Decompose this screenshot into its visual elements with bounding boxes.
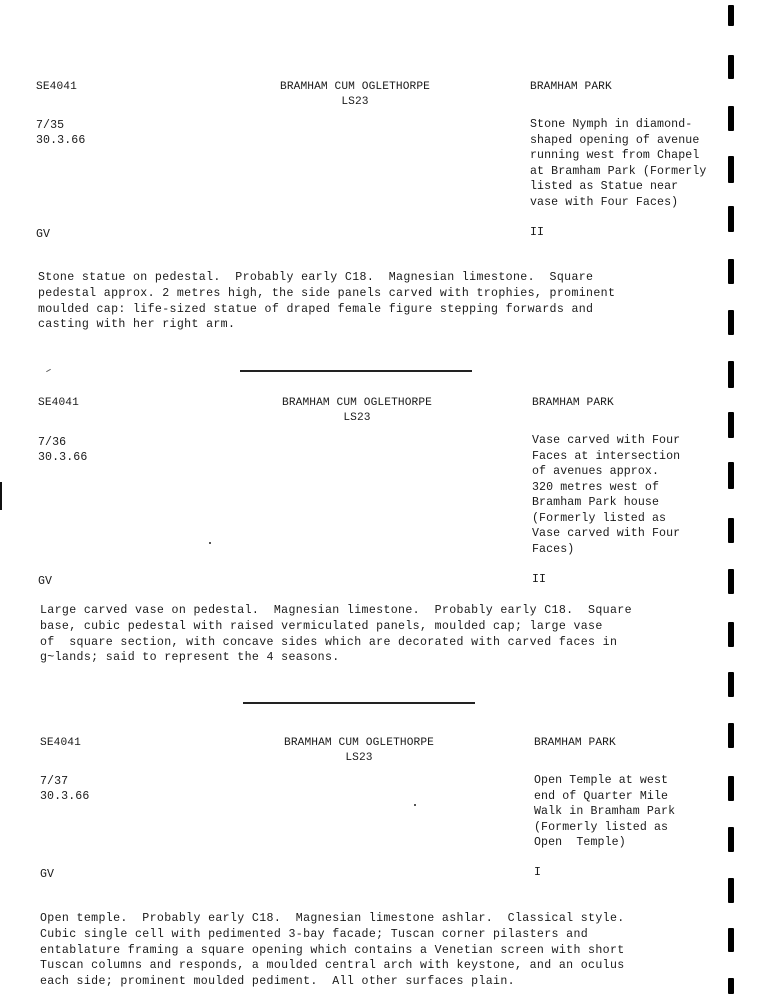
description-line: running west from Chapel xyxy=(530,148,706,164)
body-text: Large carved vase on pedestal. Magnesian… xyxy=(40,603,632,666)
group-value-label: GV xyxy=(40,867,54,883)
listing-date: 30.3.66 xyxy=(36,133,85,149)
description-line: Vase carved with Four xyxy=(532,433,680,449)
punch-mark xyxy=(728,310,734,335)
punch-mark xyxy=(728,106,734,131)
body-line: Stone statue on pedestal. Probably early… xyxy=(38,270,615,286)
punch-mark xyxy=(728,928,734,952)
listing-grade: II xyxy=(530,225,544,241)
description-line: Vase carved with Four xyxy=(532,526,680,542)
punch-mark xyxy=(728,622,734,647)
punch-mark xyxy=(728,361,734,388)
description-line: Faces at intersection xyxy=(532,449,680,465)
grid-reference: SE4041 xyxy=(36,80,77,96)
parish-name: BRAMHAM CUM OGLETHORPE xyxy=(234,736,484,752)
punch-mark xyxy=(728,723,734,748)
item-description: Vase carved with Four Faces at intersect… xyxy=(532,433,680,557)
body-line: moulded cap: life-sized statue of draped… xyxy=(38,302,615,318)
description-line: of avenues approx. xyxy=(532,464,680,480)
punch-mark xyxy=(728,569,734,594)
body-line: g~lands; said to represent the 4 seasons… xyxy=(40,650,632,666)
group-value-label: GV xyxy=(38,574,52,590)
listing-date: 30.3.66 xyxy=(38,450,87,466)
description-line: Open Temple) xyxy=(534,835,675,851)
description-line: vase with Four Faces) xyxy=(530,195,706,211)
punch-mark xyxy=(728,978,734,994)
body-line: casting with her right arm. xyxy=(38,317,615,333)
punch-mark xyxy=(728,827,734,852)
description-line: Stone Nymph in diamond- xyxy=(530,117,706,133)
description-line: 320 metres west of xyxy=(532,480,680,496)
location-name: BRAMHAM PARK xyxy=(530,80,612,96)
listing-grade: II xyxy=(532,572,546,588)
postcode: LS23 xyxy=(234,751,484,767)
group-value-label: GV xyxy=(36,227,50,243)
body-line: Open temple. Probably early C18. Magnesi… xyxy=(40,911,625,927)
punch-mark xyxy=(728,518,734,543)
body-line: each side; prominent moulded pediment. A… xyxy=(40,974,625,990)
body-text: Stone statue on pedestal. Probably early… xyxy=(38,270,615,333)
scan-speck xyxy=(414,804,416,806)
location-name: BRAMHAM PARK xyxy=(532,396,614,412)
punch-mark xyxy=(728,672,734,697)
description-line: (Formerly listed as xyxy=(532,511,680,527)
body-line: base, cubic pedestal with raised vermicu… xyxy=(40,619,632,635)
location-name: BRAMHAM PARK xyxy=(534,736,616,752)
scan-speck xyxy=(46,369,51,372)
scan-speck xyxy=(209,542,211,544)
item-description: Open Temple at west end of Quarter Mile … xyxy=(534,773,675,851)
scan-edge-mark xyxy=(0,482,2,510)
punch-mark xyxy=(728,55,734,79)
punch-mark xyxy=(728,878,734,903)
parish-name: BRAMHAM CUM OGLETHORPE xyxy=(230,80,480,96)
reference-number: 7/35 xyxy=(36,118,64,134)
body-line: Cubic single cell with pedimented 3-bay … xyxy=(40,927,625,943)
description-line: end of Quarter Mile xyxy=(534,789,675,805)
punch-mark xyxy=(728,462,734,489)
reference-number: 7/37 xyxy=(40,774,68,790)
punch-mark xyxy=(728,5,734,26)
postcode: LS23 xyxy=(232,411,482,427)
description-line: listed as Statue near xyxy=(530,179,706,195)
entry-divider xyxy=(240,370,472,372)
punch-mark xyxy=(728,259,734,284)
listing-date: 30.3.66 xyxy=(40,789,89,805)
description-line: (Formerly listed as xyxy=(534,820,675,836)
entry-divider xyxy=(243,702,475,704)
body-line: entablature framing a square opening whi… xyxy=(40,943,625,959)
description-line: shaped opening of avenue xyxy=(530,133,706,149)
body-line: Large carved vase on pedestal. Magnesian… xyxy=(40,603,632,619)
item-description: Stone Nymph in diamond- shaped opening o… xyxy=(530,117,706,210)
grid-reference: SE4041 xyxy=(40,736,81,752)
description-line: at Bramham Park (Formerly xyxy=(530,164,706,180)
description-line: Faces) xyxy=(532,542,680,558)
description-line: Bramham Park house xyxy=(532,495,680,511)
description-line: Walk in Bramham Park xyxy=(534,804,675,820)
body-line: of square section, with concave sides wh… xyxy=(40,635,632,651)
listing-grade: I xyxy=(534,865,541,881)
punch-mark xyxy=(728,206,734,232)
description-line: Open Temple at west xyxy=(534,773,675,789)
body-line: pedestal approx. 2 metres high, the side… xyxy=(38,286,615,302)
punch-mark xyxy=(728,776,734,801)
grid-reference: SE4041 xyxy=(38,396,79,412)
body-line: Tuscan columns and responds, a moulded c… xyxy=(40,958,625,974)
parish-name: BRAMHAM CUM OGLETHORPE xyxy=(232,396,482,412)
punch-mark xyxy=(728,156,734,183)
reference-number: 7/36 xyxy=(38,435,66,451)
punch-mark xyxy=(728,412,734,438)
body-text: Open temple. Probably early C18. Magnesi… xyxy=(40,911,625,990)
postcode: LS23 xyxy=(230,95,480,111)
